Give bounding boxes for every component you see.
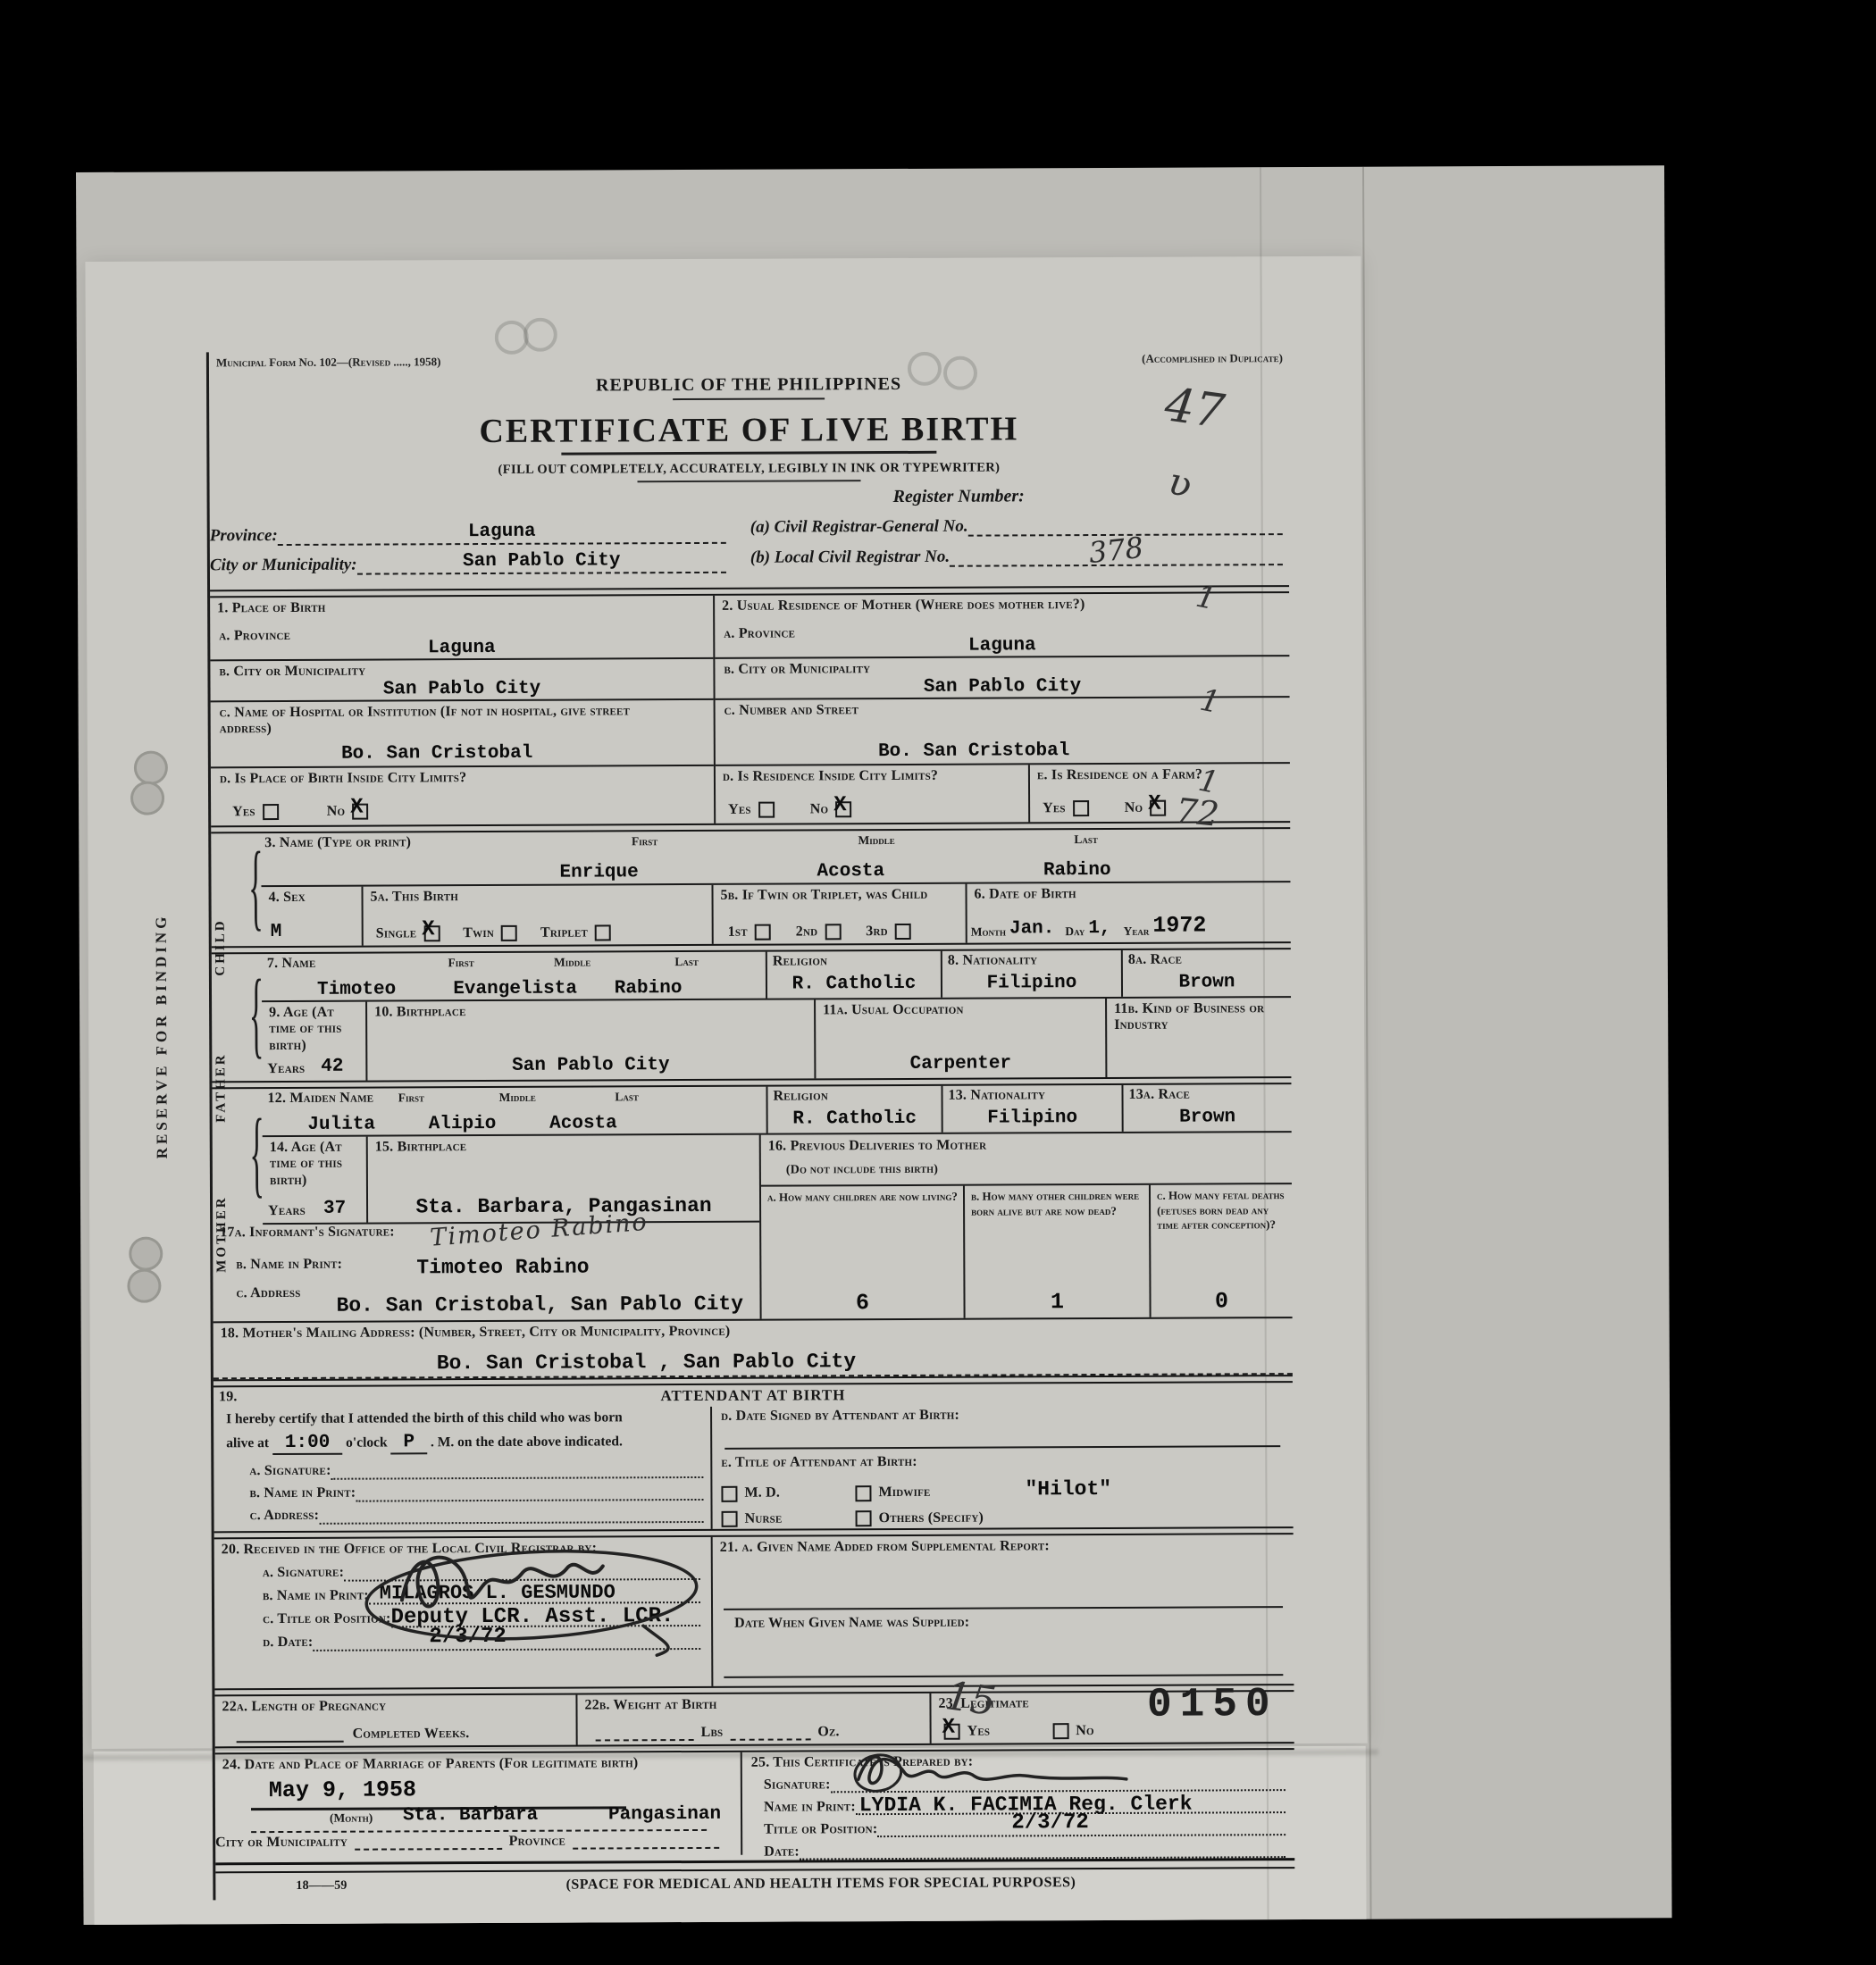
father-age-label: 9. Age (At time of this birth): [269, 1005, 341, 1053]
mother-race-label: 13a. Race: [1128, 1087, 1190, 1102]
s2c-street-value: Bo. San Cristobal: [878, 740, 1069, 762]
marriage-province-value: Pangasinan: [608, 1804, 721, 1826]
mother-nationality-value: Filipino: [943, 1108, 1122, 1129]
month-label: Month: [971, 924, 1006, 939]
prepared-title-field: 2/3/72: [877, 1818, 1286, 1837]
divider: [638, 480, 861, 482]
first-header: First: [448, 956, 474, 970]
birth-year: 1972: [1152, 912, 1206, 938]
civil-registrar-general-label: (a) Civil Registrar-General No.: [750, 517, 968, 538]
father-nationality-label: 8. Nationality: [948, 952, 1038, 967]
no-checkbox-checked: X: [352, 804, 368, 820]
triplet-checkbox: [595, 924, 611, 941]
local-civil-registrar-field: 378: [950, 541, 1283, 567]
date-signed-field: [724, 1426, 1280, 1451]
local-civil-registrar-label: (b) Local Civil Registrar No.: [750, 548, 950, 568]
weight-at-birth-label: 22b. Weight at Birth: [584, 1697, 716, 1713]
fill-out-instruction: (FILL OUT COMPLETELY, ACCURATELY, LEGIBL…: [209, 459, 1288, 479]
mother-middle-name: Alipio: [429, 1114, 497, 1134]
s2d-city-limits-label: d. Is Residence Inside City Limits?: [723, 767, 1004, 785]
no-checkbox-checked: X: [835, 801, 851, 817]
footer-note: (SPACE FOR MEDICAL AND HEALTH ITEMS FOR …: [348, 1874, 1295, 1894]
previous-deliveries-label: 16. Previous Deliveries to Mother: [761, 1133, 1292, 1155]
informant-name-print-value: Timoteo Rabino: [416, 1256, 589, 1280]
reserve-for-binding-label: RESERVE FOR BINDING: [153, 914, 172, 1159]
mailing-address-label: 18. Mother's Mailing Address: (Number, S…: [221, 1324, 731, 1341]
child-last-name: Rabino: [1043, 860, 1111, 881]
triplet-label: Triplet: [540, 924, 588, 941]
handwritten-72: 72: [1174, 790, 1221, 834]
certificate-form: Municipal Form No. 102—(Revised ....., 1…: [206, 347, 1295, 1901]
mailing-address-row: 18. Mother's Mailing Address: (Number, S…: [214, 1318, 1293, 1379]
date-given-name-field: [724, 1654, 1283, 1678]
footer-row: 18——59 (SPACE FOR MEDICAL AND HEALTH ITE…: [215, 1869, 1294, 1900]
marriage-province-label: Province: [509, 1833, 565, 1850]
twin-checkbox: [501, 925, 517, 941]
mother-nationality-label: 13. Nationality: [948, 1087, 1045, 1102]
others-checkbox: [856, 1510, 872, 1526]
2nd-checkbox: [825, 924, 841, 940]
child-name-label: 3. Name (Type or print): [264, 834, 411, 851]
punch-hole: [127, 1269, 161, 1303]
birth-day: 1,: [1088, 918, 1110, 939]
date-of-birth-label: 6. Date of Birth: [974, 886, 1076, 901]
province-value: Laguna: [468, 522, 536, 542]
single-label: Single: [376, 925, 417, 942]
mother-first-name: Julita: [307, 1115, 375, 1135]
yes-checkbox: [758, 802, 775, 818]
single-checkbox-checked: X: [423, 925, 440, 941]
registrar-date-field: 2/3/72: [313, 1632, 700, 1651]
attendant-name-label: b. Name in Print:: [249, 1485, 356, 1502]
mother-race-value: Brown: [1124, 1107, 1292, 1128]
s1a-province-label: a. Province: [219, 628, 290, 645]
nurse-label: Nurse: [745, 1510, 783, 1527]
s1b-city-value: San Pablo City: [383, 679, 541, 700]
register-block: Register Number: (a) Civil Registrar-Gen…: [210, 485, 1289, 589]
length-of-pregnancy-label: 22a. Length of Pregnancy: [222, 1698, 386, 1714]
attendant-address-field: [319, 1505, 704, 1525]
3rd-checkbox: [895, 924, 911, 940]
father-business-label: 11b. Kind of Business or Industry: [1114, 1000, 1264, 1033]
attendant-section: 19. ATTENDANT AT BIRTH I hereby certify …: [214, 1383, 1294, 1531]
registrar-name-label: b. Name in Print:: [263, 1588, 369, 1605]
last-header: Last: [1074, 832, 1098, 847]
middle-header: Middle: [554, 955, 590, 969]
attendant-number: 19.: [219, 1389, 238, 1405]
3rd-label: 3rd: [866, 924, 888, 940]
scanned-page: RESERVE FOR BINDING Municipal Form No. 1…: [76, 165, 1672, 1925]
previous-deliveries-note: (Do not include this birth): [761, 1152, 1292, 1185]
father-age-value: 42: [321, 1057, 343, 1077]
legitimate-yes-checkbox-checked: X: [944, 1724, 960, 1740]
yes-label: Yes: [232, 804, 255, 821]
marriage-city-label: City or Municipality: [215, 1834, 348, 1851]
province-field: Laguna: [278, 521, 726, 546]
others-label: Others (Specify): [879, 1509, 984, 1526]
day-label: Day: [1065, 924, 1085, 939]
s1d-city-limits-label: d. Is Place of Birth Inside City Limits?: [220, 769, 692, 788]
oz-label: Oz.: [817, 1724, 839, 1740]
mother-birthplace-label: 15. Birthplace: [375, 1139, 467, 1154]
mother-age-label: 14. Age (At time of this birth): [270, 1140, 342, 1188]
s1c-hospital-label: c. Name of Hospital or Institution (If n…: [220, 703, 683, 738]
marriage-and-prepared-section: 24. Date and Place of Marriage of Parent…: [215, 1750, 1295, 1863]
prepared-signature-label: Signature:: [764, 1777, 831, 1794]
s2b-city-value: San Pablo City: [924, 676, 1082, 698]
father-religion-value: R. Catholic: [767, 974, 941, 995]
years-label: Years: [267, 1061, 305, 1078]
father-section: FATHER { 7. Name First Middle Last Timot…: [212, 949, 1292, 1081]
registrar-section: 20. Received in the Office of the Local …: [214, 1534, 1294, 1688]
father-middle-name: Evangelista: [453, 979, 577, 1000]
city-municipality-value: San Pablo City: [463, 550, 621, 572]
certify-text-2: alive at: [226, 1435, 269, 1451]
date-given-name-label: Date When Given Name was Supplied:: [734, 1613, 1286, 1632]
marriage-city-value: Sta. Barbara: [403, 1805, 538, 1827]
s1a-province-value: Laguna: [428, 638, 496, 658]
informant-address-value: Bo. San Cristobal, San Pablo City: [336, 1292, 743, 1317]
prepared-title-value: 2/3/72: [1011, 1810, 1089, 1835]
children-dead-value: 1: [965, 1288, 1149, 1317]
this-birth-label: 5a. This Birth: [371, 889, 459, 904]
nurse-checkbox: [722, 1511, 738, 1527]
father-name-label: 7. Name: [267, 956, 316, 971]
first-header: First: [632, 834, 657, 849]
twin-label: Twin: [463, 925, 494, 942]
md-checkbox: [721, 1486, 737, 1502]
1st-checkbox: [755, 924, 771, 941]
last-header: Last: [674, 955, 699, 969]
prepared-date-field: [800, 1840, 1286, 1860]
place-of-birth-and-residence: 1. Place of Birth a. ProvinceLaguna b. C…: [210, 593, 1290, 825]
divider: [673, 397, 825, 400]
last-header: Last: [615, 1090, 639, 1104]
yes-label: Yes: [1043, 800, 1066, 817]
yes-label: Yes: [967, 1723, 991, 1740]
attendant-signature-field: [331, 1460, 704, 1480]
child-first-name: Enrique: [559, 862, 638, 882]
father-occupation-value: Carpenter: [816, 1053, 1105, 1074]
handwritten-page-number: 47: [1161, 378, 1227, 439]
child-middle-name: Acosta: [817, 861, 884, 882]
year-label: Year: [1124, 924, 1150, 939]
yes-checkbox: [263, 804, 279, 820]
registrar-signature-label: a. Signature:: [263, 1565, 344, 1582]
prepared-title-label: Title or Position:: [764, 1821, 877, 1838]
footer-form-code: 18——59: [296, 1879, 347, 1894]
middle-header: Middle: [858, 833, 894, 848]
attendant-address-label: c. Address:: [250, 1508, 320, 1525]
form-number: Municipal Form No. 102—(Revised ....., 1…: [216, 355, 441, 370]
maiden-name-label: 12. Maiden Name: [267, 1091, 373, 1107]
attendant-heading: ATTENDANT AT BIRTH: [660, 1386, 845, 1404]
completed-weeks-label: Completed Weeks.: [353, 1726, 470, 1743]
informant-name-print-label: b. Name in Print:: [236, 1257, 342, 1273]
mother-last-name: Acosta: [549, 1113, 617, 1133]
s1b-city-label: b. City or Municipality: [219, 664, 365, 681]
duplicate-note: (Accomplished in Duplicate): [1142, 351, 1283, 366]
father-race-value: Brown: [1123, 972, 1291, 993]
s2a-province-value: Laguna: [968, 635, 1036, 656]
s2a-province-label: a. Province: [724, 625, 795, 642]
sex-value: M: [262, 922, 371, 943]
month-note: (Month): [330, 1811, 373, 1826]
fetal-deaths-question: c. How many fetal deaths (fetuses born d…: [1157, 1189, 1285, 1232]
mother-age-value: 37: [323, 1199, 346, 1219]
s2c-street-label: c. Number and Street: [724, 700, 1253, 719]
registrar-name-value: MILAGROS L. GESMUNDO: [380, 1581, 616, 1604]
yes-label: Yes: [728, 801, 751, 818]
local-civil-registrar-value: 378: [1088, 539, 1144, 563]
informant-signature-label: 17a. Informant's Signature:: [220, 1224, 395, 1240]
certificate-title: CERTIFICATE OF LIVE BIRTH: [209, 408, 1288, 452]
child-section: CHILD { 3. Name (Type or print) First Mi…: [211, 829, 1291, 946]
certify-text-3: o'clock: [346, 1435, 388, 1451]
hilot-value: "Hilot": [1025, 1476, 1284, 1501]
certify-text-1: I hereby certify that I attended the bir…: [226, 1409, 623, 1426]
handwritten-15: 15: [942, 1673, 998, 1725]
title-of-attendant-label: e. Title of Attendant at Birth:: [721, 1453, 1284, 1472]
twin-order-label: 5b. If Twin or Triplet, was Child: [721, 887, 928, 903]
given-name-field: [724, 1586, 1283, 1610]
s2b-city-label: b. City or Municipality: [724, 661, 870, 678]
birth-month: Jan.: [1009, 918, 1055, 939]
marriage-date-value: May 9, 1958: [269, 1777, 416, 1803]
yes-checkbox: [1073, 800, 1089, 816]
date-signed-label: d. Date Signed by Attendant at Birth:: [721, 1406, 1284, 1425]
divider: [561, 451, 936, 456]
legitimate-no-checkbox: [1052, 1723, 1068, 1739]
registrar-date-label: d. Date:: [263, 1635, 313, 1651]
children-living-value: 6: [761, 1288, 963, 1317]
md-label: M. D.: [744, 1485, 780, 1502]
attendant-name-field: [356, 1483, 703, 1502]
informant-address-label: c. Address: [236, 1285, 300, 1300]
no-label: No: [327, 803, 346, 819]
middle-header: Middle: [499, 1091, 536, 1105]
registrar-signature-field: [344, 1562, 700, 1582]
father-race-label: 8a. Race: [1128, 952, 1182, 967]
mother-religion-label: Religion: [773, 1088, 828, 1103]
x-mark: X: [422, 917, 435, 941]
prepared-date-label: Date:: [764, 1844, 800, 1860]
marriage-of-parents-label: 24. Date and Place of Marriage of Parent…: [222, 1755, 639, 1772]
city-municipality-label: City or Municipality:: [210, 556, 357, 576]
father-religion-label: Religion: [773, 953, 828, 968]
punch-hole: [134, 751, 168, 785]
fetal-deaths-value: 0: [1151, 1287, 1292, 1316]
stamp-number: 0150: [1147, 1681, 1278, 1728]
received-by-label: 20. Received in the Office of the Local …: [222, 1540, 706, 1559]
x-mark: X: [833, 793, 847, 817]
prepared-signature-scrawl: [841, 1738, 1135, 1802]
father-last-name: Rabino: [615, 978, 683, 999]
am-pm-value: P: [390, 1433, 427, 1455]
x-mark: X: [1148, 792, 1161, 816]
province-label: Province:: [210, 526, 278, 546]
father-occupation-label: 11a. Usual Occupation: [823, 1002, 964, 1018]
first-header: First: [398, 1091, 424, 1105]
father-birthplace-label: 10. Birthplace: [374, 1004, 466, 1019]
mother-section: MOTHER { 12. Maiden Name First Middle La…: [212, 1084, 1292, 1323]
given-name-supplemental-label: 21. a. Given Name Added from Supplementa…: [720, 1537, 1286, 1556]
city-municipality-field: San Pablo City: [357, 550, 726, 575]
registrar-name-field: MILAGROS L. GESMUNDO: [369, 1585, 700, 1605]
midwife-label: Midwife: [878, 1484, 930, 1501]
children-dead-question: b. How many other children were born ali…: [971, 1189, 1139, 1217]
punch-hole: [523, 318, 557, 352]
1st-label: 1st: [728, 924, 748, 940]
registrar-title-label: c. Title or Position:: [263, 1611, 391, 1628]
register-number-label: Register Number:: [893, 485, 1283, 507]
years-label: Years: [268, 1202, 306, 1219]
father-birthplace-value: San Pablo City: [367, 1054, 814, 1076]
attendant-signature-label: a. Signature:: [249, 1463, 331, 1480]
father-first-name: Timoteo: [317, 979, 396, 999]
children-living-question: a. How many children are now living?: [767, 1190, 958, 1204]
2nd-label: 2nd: [796, 924, 818, 940]
no-label: No: [810, 801, 829, 817]
mother-religion-value: R. Catholic: [768, 1108, 942, 1130]
punch-hole: [129, 1237, 163, 1271]
s1c-hospital-value: Bo. San Cristobal: [341, 743, 532, 765]
punch-hole: [130, 782, 164, 815]
no-label: No: [1125, 799, 1143, 815]
no-label: No: [1076, 1723, 1094, 1739]
no-checkbox-checked: X: [1150, 800, 1166, 816]
s2e-farm-label: e. Is Residence on a Farm?: [1037, 766, 1271, 784]
mailing-address-value: Bo. San Cristobal , San Pablo City: [437, 1350, 856, 1375]
sex-label: 4. Sex: [269, 890, 306, 905]
birth-time-value: 1:00: [272, 1433, 343, 1455]
certify-text-4: . M. on the date above indicated.: [431, 1434, 623, 1451]
midwife-checkbox: [855, 1485, 871, 1501]
father-nationality-value: Filipino: [942, 973, 1121, 994]
registrar-date-value: 2/3/72: [429, 1624, 507, 1648]
republic-heading: REPUBLIC OF THE PHILIPPINES: [209, 372, 1288, 397]
lbs-label: Lbs: [701, 1724, 724, 1740]
place-of-birth-heading: 1. Place of Birth: [210, 596, 713, 625]
x-mark: X: [350, 796, 364, 820]
